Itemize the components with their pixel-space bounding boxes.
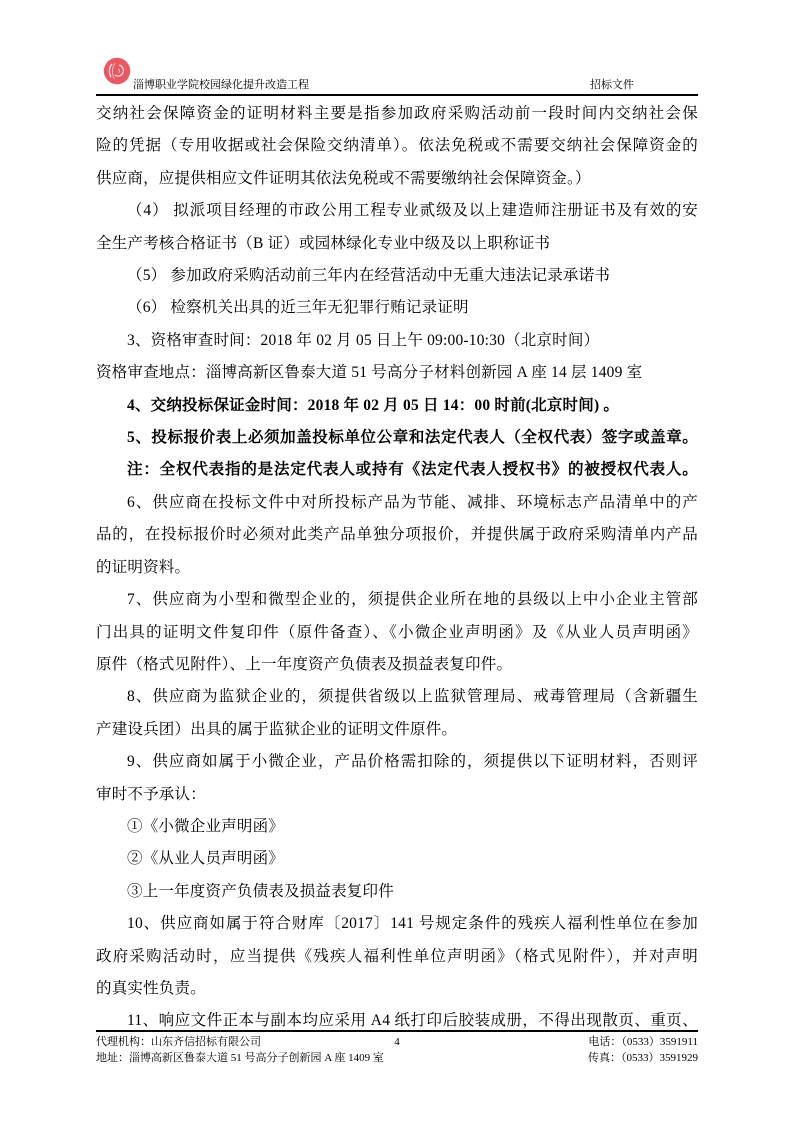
body-line: （4） 拟派项目经理的市政公用工程专业贰级及以上建造师注册证书及有效的安 — [96, 195, 698, 227]
footer-address: 地址：淄博高新区鲁泰大道 51 号高分子创新园 A 座 1409 室 — [96, 1051, 397, 1067]
body-line: 品的，在投标报价时必须对此类产品单独分项报价，并提供属于政府采购清单内产品 — [96, 519, 698, 551]
seal-circle — [104, 58, 130, 84]
body-line: （6） 检察机关出具的近三年无犯罪行贿记录证明 — [96, 292, 698, 324]
body-line: 8、供应商为监狱企业的，须提供省级以上监狱管理局、戒毒管理局（含新疆生 — [96, 681, 698, 713]
body-line: 的真实性负责。 — [96, 973, 698, 1005]
body-line: 的证明资料。 — [96, 552, 698, 584]
body-line: 交纳社会保障资金的证明材料主要是指参加政府采购活动前一段时间内交纳社会保 — [96, 98, 698, 130]
body-line: 10、供应商如属于符合财库〔2017〕141 号规定条件的残疾人福利性单位在参加 — [96, 908, 698, 940]
page-footer: 代理机构：山东齐信招标有限公司 4 电话：（0533）3591911 地址：淄博… — [96, 1030, 698, 1066]
body-line: 审时不予承认： — [96, 779, 698, 811]
page-header: 淄博职业学院校园绿化提升改造工程 招标文件 — [96, 0, 698, 96]
body-line: ③上一年度资产负债表及损益表复印件 — [96, 876, 698, 908]
body-line: 9、供应商如属于小微企业，产品价格需扣除的，须提供以下证明材料，否则评 — [96, 746, 698, 778]
footer-phone: 电话：（0533）3591911 — [400, 1035, 698, 1051]
body-line: ①《小微企业声明函》 — [96, 811, 698, 843]
document-page: 淄博职业学院校园绿化提升改造工程 招标文件 交纳社会保障资金的证明材料主要是指参… — [0, 0, 794, 1123]
body-line: 产建设兵团）出具的属于监狱企业的证明文件原件。 — [96, 714, 698, 746]
header-project-title: 淄博职业学院校园绿化提升改造工程 — [133, 76, 309, 92]
body-line: 政府采购活动时，应当提供《残疾人福利性单位声明函》（格式见附件），并对声明 — [96, 941, 698, 973]
red-seal-logo-icon — [103, 57, 131, 85]
body-line: （5） 参加政府采购活动前三年内在经营活动中无重大违法记录承诺书 — [96, 260, 698, 292]
body-line: 全生产考核合格证书（B 证）或园林绿化专业中级及以上职称证书 — [96, 228, 698, 260]
header-doc-type: 招标文件 — [590, 76, 634, 92]
footer-row-1: 代理机构：山东齐信招标有限公司 4 电话：（0533）3591911 — [96, 1032, 698, 1051]
body-line: 6、供应商在投标文件中对所投标产品为节能、减排、环境标志产品清单中的产 — [96, 487, 698, 519]
document-body: 交纳社会保障资金的证明材料主要是指参加政府采购活动前一段时间内交纳社会保险的凭据… — [96, 98, 698, 1038]
body-line: 资格审查地点：淄博高新区鲁泰大道 51 号高分子材料创新园 A 座 14 层 1… — [96, 357, 698, 389]
body-line: 险的凭据（专用收据或社会保险交纳清单）。依法免税或不需要交纳社会保障资金的 — [96, 130, 698, 162]
body-line: 注：全权代表指的是法定代表人或持有《法定代表人授权书》的被授权代表人。 — [96, 454, 698, 486]
body-line: 5、投标报价表上必须加盖投标单位公章和法定代表人（全权代表）签字或盖章。 — [96, 422, 698, 454]
body-line: 供应商，应提供相应文件证明其依法免税或不需要缴纳社会保障资金。） — [96, 163, 698, 195]
body-line: 3、资格审查时间：2018 年 02 月 05 日上午 09:00-10:30（… — [96, 325, 698, 357]
body-line: 门出具的证明文件复印件（原件备查）、《小微企业声明函》及《从业人员声明函》 — [96, 617, 698, 649]
body-line: ②《从业人员声明函》 — [96, 843, 698, 875]
body-line: 7、供应商为小型和微型企业的，须提供企业所在地的县级以上中小企业主管部 — [96, 584, 698, 616]
footer-fax: 传真：（0533）3591929 — [397, 1051, 698, 1067]
body-line: 原件（格式见附件）、上一年度资产负债表及损益表复印件。 — [96, 649, 698, 681]
footer-agency: 代理机构：山东齐信招标有限公司 — [96, 1035, 394, 1051]
body-line: 4、交纳投标保证金时间：2018 年 02 月 05 日 14：00 时前(北京… — [96, 390, 698, 422]
footer-row-2: 地址：淄博高新区鲁泰大道 51 号高分子创新园 A 座 1409 室 传真：（0… — [96, 1051, 698, 1067]
